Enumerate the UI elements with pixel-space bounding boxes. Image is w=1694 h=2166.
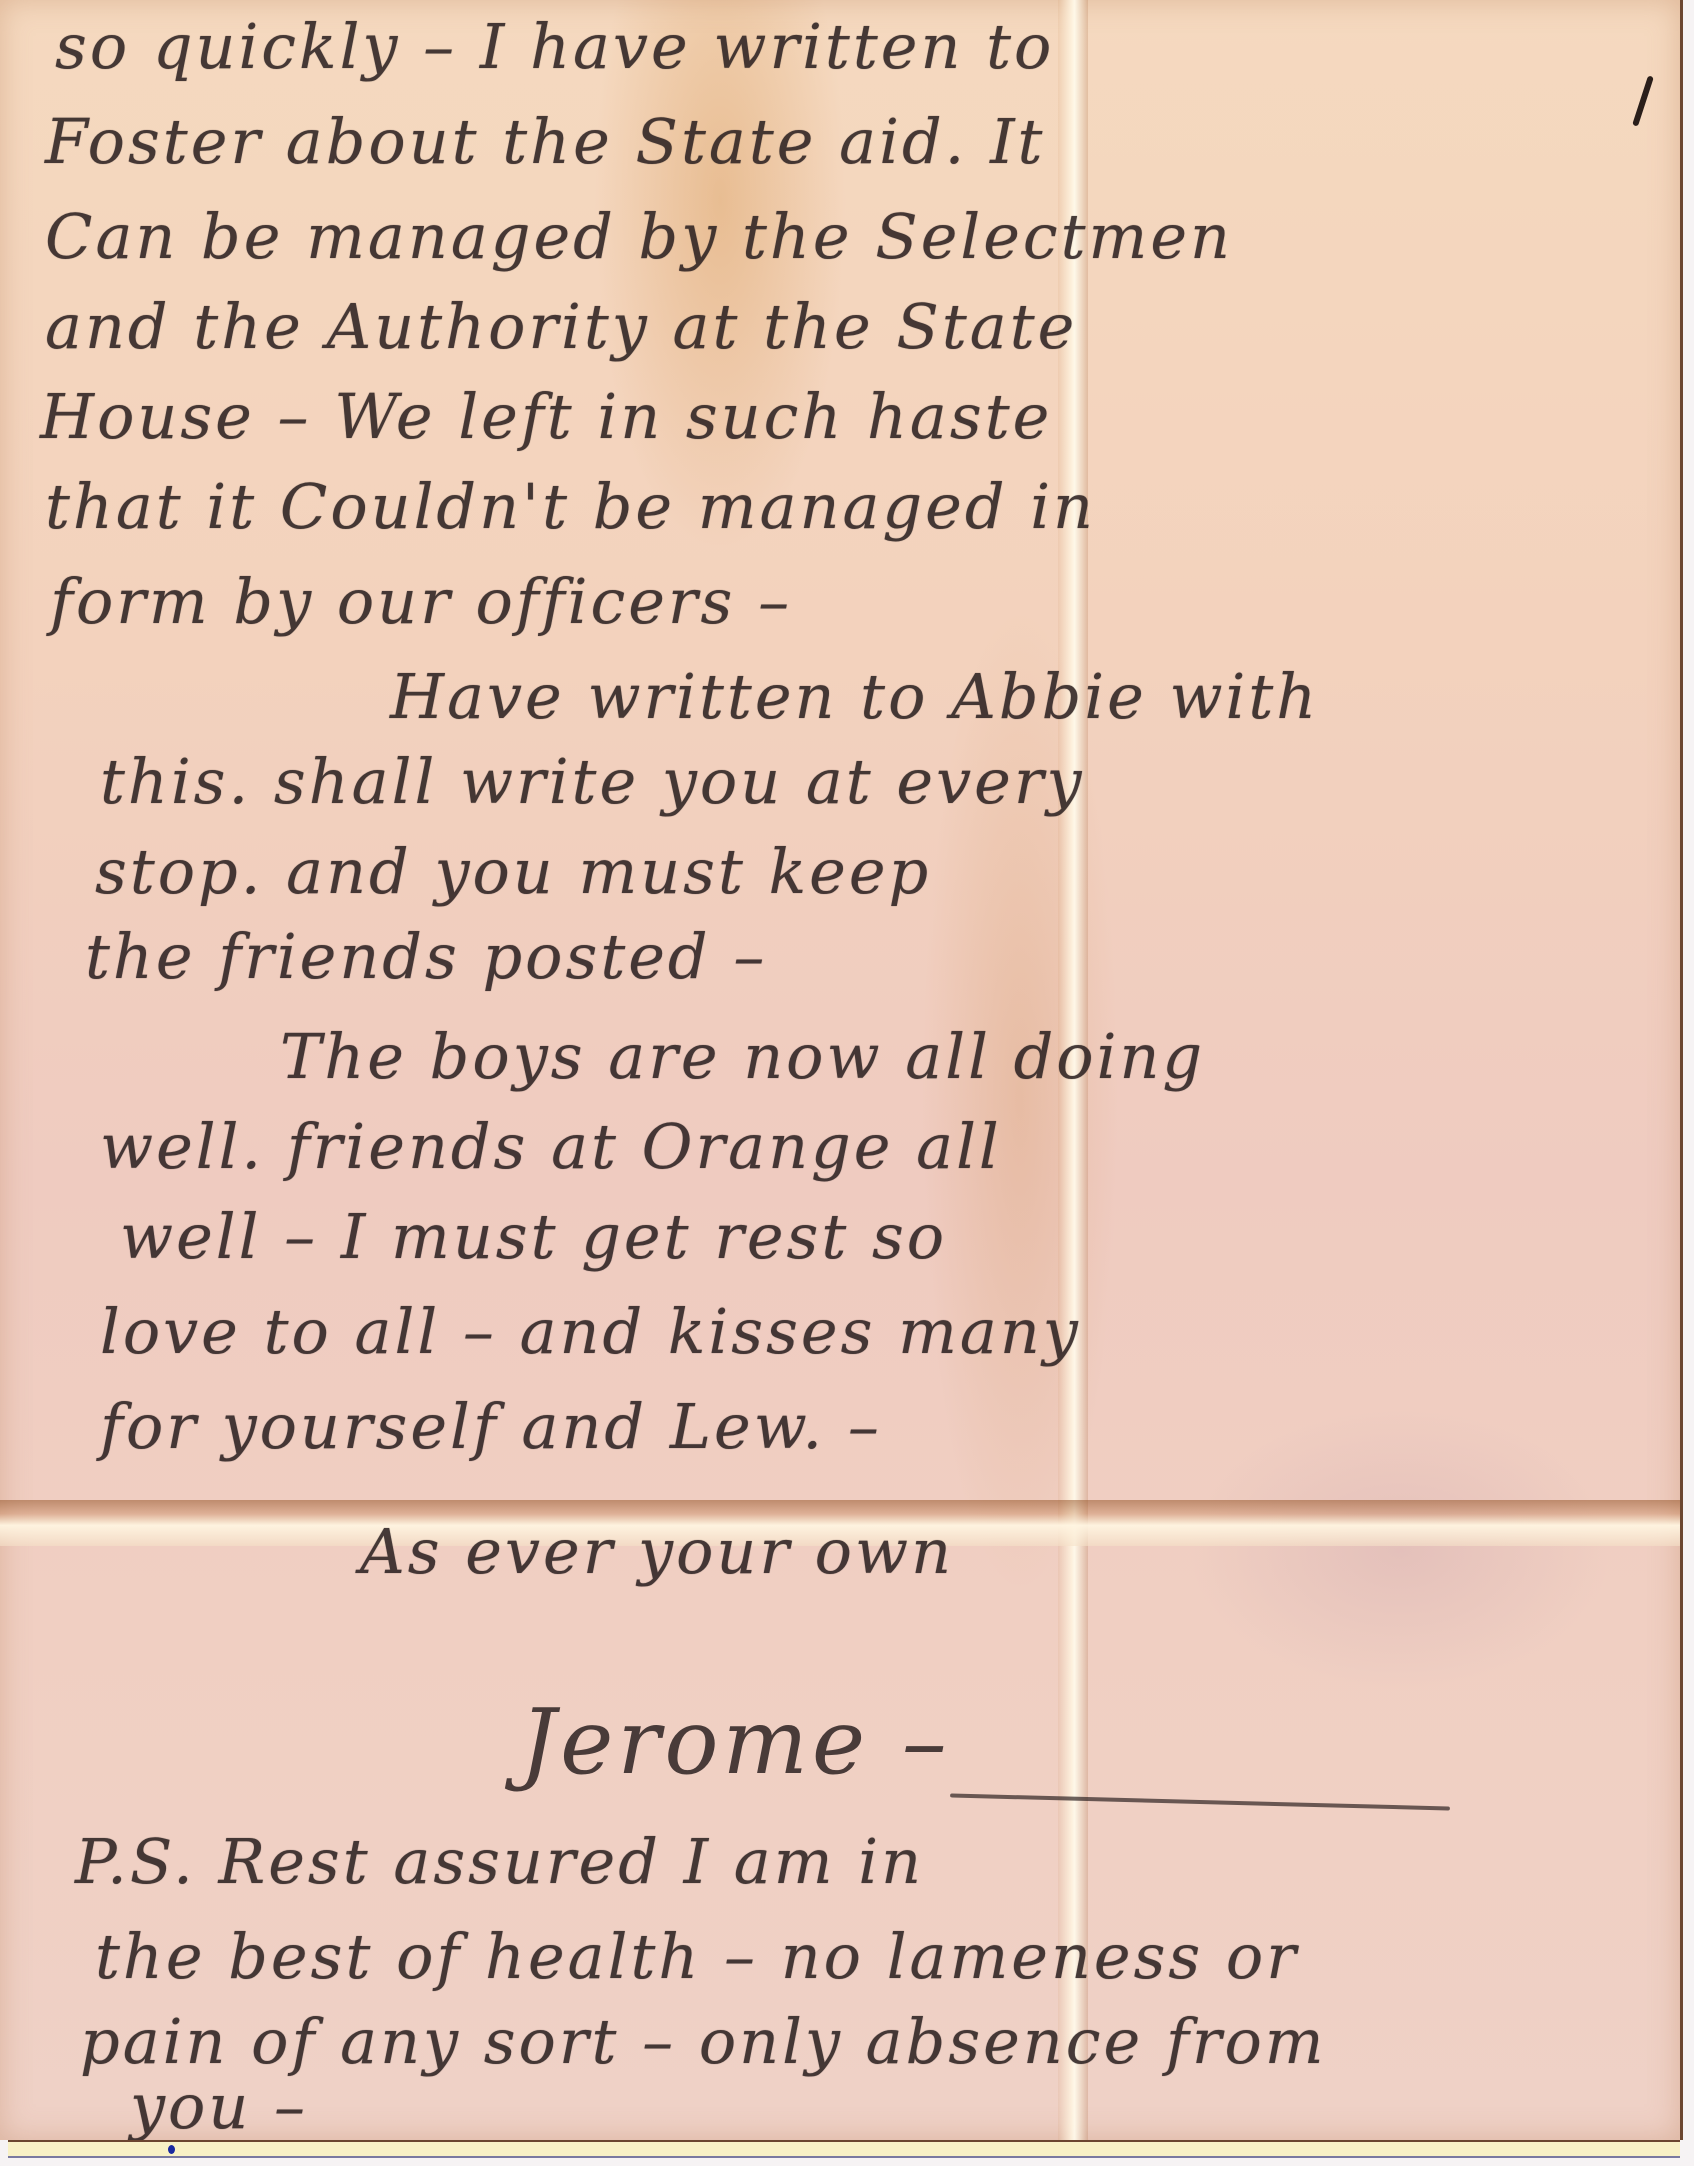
page-bottom-edge	[8, 2140, 1680, 2158]
letter-page: so quickly – I have written to Foster ab…	[0, 0, 1683, 2140]
signature: Jerome –	[520, 1690, 951, 1795]
signature-underline	[950, 1793, 1450, 1810]
letter-line: The boys are now all doing	[280, 1020, 1205, 1093]
postscript-line: pain of any sort – only absence from	[80, 2005, 1327, 2078]
letter-line: so quickly – I have written to	[55, 10, 1054, 83]
postscript-line: P.S. Rest assured I am in	[75, 1825, 924, 1898]
letter-line: well – I must get rest so	[120, 1200, 947, 1273]
letter-line: this. shall write you at every	[100, 745, 1085, 818]
letter-line: Can be managed by the Selectmen	[45, 200, 1233, 273]
letter-line: and the Authority at the State	[45, 290, 1077, 363]
page-number-mark	[1632, 75, 1654, 126]
postscript-line: the best of health – no lameness or	[95, 1920, 1299, 1993]
letter-line: stop. and you must keep	[95, 835, 931, 908]
letter-line: form by our officers –	[50, 565, 792, 638]
letter-line: House – We left in such haste	[40, 380, 1052, 453]
letter-line: Have written to Abbie with	[390, 660, 1319, 733]
letter-line: for yourself and Lew. –	[100, 1390, 882, 1463]
letter-line: Foster about the State aid. It	[45, 105, 1045, 178]
letter-line: well. friends at Orange all	[100, 1110, 1002, 1183]
postscript-line: you –	[130, 2070, 308, 2143]
letter-line: that it Couldn't be managed in	[45, 470, 1096, 543]
ink-dot-mark	[168, 2145, 175, 2154]
closing-line: As ever your own	[360, 1515, 954, 1588]
letter-line: love to all – and kisses many	[100, 1295, 1081, 1368]
letter-line: the friends posted –	[85, 920, 767, 993]
